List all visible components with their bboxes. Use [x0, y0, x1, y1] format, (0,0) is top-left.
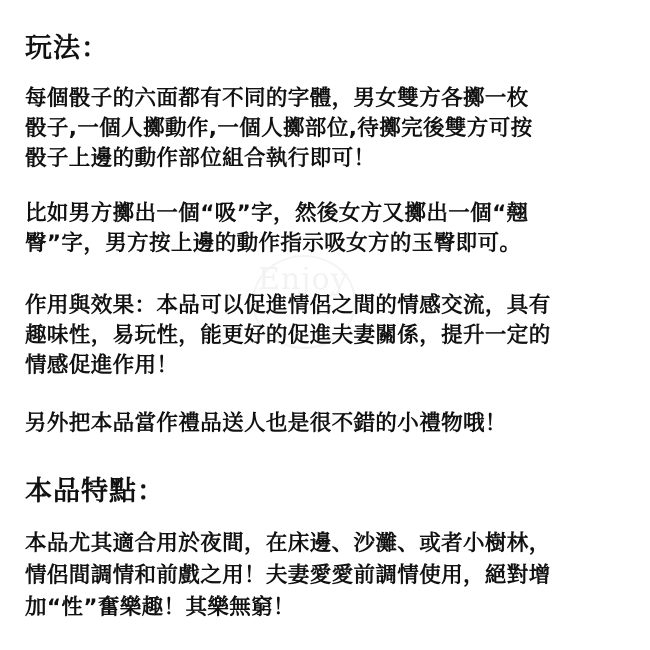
features-line2: 情侶間調情和前戲之用！夫妻愛愛前調情使用，絕對增: [25, 562, 551, 590]
effect-line3: 情感促進作用！: [25, 352, 178, 380]
gameplay-p2-line2: 臀”字，男方按上邊的動作指示吸女方的玉臀即可。: [25, 230, 521, 258]
heading-gameplay: 玩法：: [25, 34, 109, 64]
effect-line1: 作用與效果：本品可以促進情侶之間的情感交流，具有: [25, 292, 551, 320]
gift-line: 另外把本品當作禮品送人也是很不錯的小禮物哦！: [25, 410, 507, 438]
features-line3: 加“性”奮樂趣！其樂無窮！: [25, 594, 295, 622]
features-line1: 本品尤其適合用於夜間，在床邊、沙灘、或者小樹林，: [25, 530, 551, 558]
gameplay-p1-line1: 每個骰子的六面都有不同的字體，男女雙方各擲一枚: [25, 85, 529, 113]
gameplay-p2-line1: 比如男方擲出一個“吸”字，然後女方又擲出一個“翹: [25, 200, 529, 228]
gameplay-p1-line2: 骰子,一個人擲動作,一個人擲部位,待擲完後雙方可按: [25, 115, 533, 143]
effect-line2: 趣味性，易玩性，能更好的促進夫妻關係，提升一定的: [25, 322, 551, 350]
gameplay-p1-line3: 骰子上邊的動作部位組合執行即可！: [25, 145, 375, 173]
heading-features: 本品特點：: [25, 477, 165, 507]
